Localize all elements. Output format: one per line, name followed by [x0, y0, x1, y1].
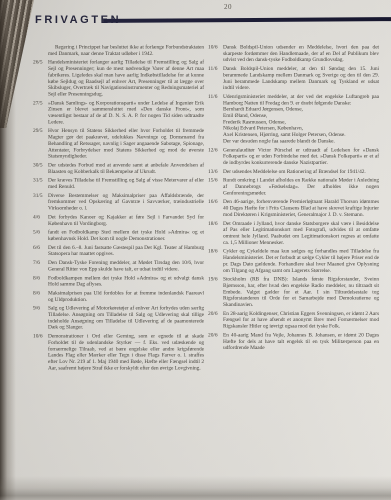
entry-date: 7/6	[33, 260, 47, 266]
entry-text: Dansk Boldspil-Union meddeler, at den ti…	[223, 66, 379, 91]
chronicle-entry: 20/6En 28-aarig Koldingenser, Christian …	[208, 310, 379, 329]
chronicle-entry: 10/6Dansk Boldspil-Union udsender en Med…	[208, 44, 379, 63]
chronicle-entry: 29/5Hvor Hensyn til Statens Sikkerhed el…	[33, 128, 204, 160]
entry-text: En 28-aarig Koldingenser, Christian Egge…	[223, 310, 379, 329]
chronicle-entry: 8/6Maksimalprisen paa Uld fordobles for …	[33, 290, 204, 303]
entry-text: Der kræves Tilladelse til Fremstilling o…	[48, 177, 204, 189]
entry-text: Der udstedes Forbud mod at anvende samt …	[48, 162, 204, 174]
chronicle-entry: 11/6Dansk Boldspil-Union meddeler, at de…	[208, 66, 379, 91]
entry-date: 10/6	[208, 44, 222, 50]
chronicle-entry: 11/6Udenrigsministeriet meddeler, at der…	[208, 93, 379, 144]
chronicle-columns: Regering i Princippet har besluttet ikke…	[33, 44, 379, 374]
entry-closing-line: Der var desuden nogle faa saarede blandt…	[223, 138, 379, 144]
entry-date: 20/6	[208, 310, 222, 316]
chronicle-entry: 16/6Den 46-aarige, forhenværende Premier…	[208, 199, 379, 218]
entry-text: Det forbydes Kanoer og Kajakker at føre …	[48, 214, 204, 226]
entry-text: Handelsministeriet forlanger aarlig Till…	[48, 59, 204, 97]
book-spine-edge	[0, 0, 16, 500]
chronicle-entry: 8/6Fodboldkampen mellem det tyske Hold »…	[33, 275, 204, 288]
entry-date: 20/6	[208, 332, 222, 338]
entry-date: 31/5	[33, 177, 47, 183]
entry-date: 15/6	[208, 177, 222, 183]
entry-date: 26/5	[33, 59, 47, 65]
chronicle-entry: 7/6Den Dansk-Tyske Forening meddeler, at…	[33, 260, 204, 273]
entry-text: Der udsendes Meddelelse om Rationering a…	[223, 168, 366, 174]
page-bottom-shadow	[0, 476, 391, 500]
entry-date: 13/6	[208, 168, 222, 174]
entry-text: Diverse Bestemmelser og Maksimalpriser p…	[48, 192, 204, 211]
entry-date: 19/6	[208, 276, 222, 282]
masthead-rule	[103, 17, 391, 22]
left-column: Regering i Princippet har besluttet ikke…	[33, 44, 204, 374]
entry-text: En 40-aarig Mand fra Vejle, Johannes B. …	[223, 332, 379, 351]
entry-text: Demonstrationer i Ord eller Gerning, som…	[48, 333, 204, 371]
continuation-paragraph: Regering i Princippet har besluttet ikke…	[33, 44, 204, 57]
entry-date: 8/6	[33, 275, 47, 281]
entry-date: 29/5	[33, 128, 47, 134]
entry-date: 9/6	[33, 305, 47, 311]
chronicle-entry: 12/6Generalauditør Victor Pürschel er ud…	[208, 147, 379, 166]
magazine-page: 20 FRIVAGTEN Regering i Princippet har b…	[0, 0, 391, 500]
entry-date: 18/6	[208, 248, 222, 254]
chronicle-entry: 20/6En 40-aarig Mand fra Vejle, Johannes…	[208, 332, 379, 351]
entry-date: 27/5	[33, 100, 47, 106]
entry-text: Den Dansk-Tyske Forening meddeler, at Mø…	[48, 260, 204, 272]
entry-text: Stockholm (RB fra DNB): Islands første R…	[223, 276, 379, 307]
entry-date: 4/6	[33, 214, 47, 220]
entry-text: Salg og Udlevering af Motorkøretøjer af …	[48, 305, 204, 330]
entry-text: fandt en Fodboldkamp Sted mellem det tys…	[48, 229, 204, 241]
chronicle-entry: 26/5Handelsministeriet forlanger aarlig …	[33, 59, 204, 97]
entry-date: 11/6	[208, 93, 222, 99]
entry-text: Hvor Hensyn til Statens Sikkerhed eller …	[48, 128, 204, 159]
entry-date: 12/6	[208, 147, 222, 153]
entry-date: 11/6	[208, 66, 222, 72]
entry-text: Den 46-aarige, forhenværende Premierløjt…	[223, 199, 379, 218]
chronicle-entry: 30/5Der udstedes Forbud mod at anvende s…	[33, 162, 204, 175]
entry-text: Rundt omkring i Landet afholdes en Række…	[223, 177, 379, 196]
entry-date: 30/5	[33, 162, 47, 168]
entry-date: 16/6	[208, 199, 222, 205]
entry-date: 6/6	[33, 244, 47, 250]
chronicle-entry: 31/5Der kræves Tilladelse til Fremstilli…	[33, 177, 204, 190]
chronicle-entry: 27/5»Dansk Samlings- og Korporationspart…	[33, 100, 204, 125]
masthead-row: FRIVAGTEN	[35, 10, 391, 26]
entry-date: 18/6	[208, 220, 222, 226]
chronicle-entry: 9/6Salg og Udlevering af Motorkøretøjer …	[33, 305, 204, 330]
chronicle-entry: 13/6Der udsendes Meddelelse om Rationeri…	[208, 168, 379, 174]
chronicle-entry: 18/6Cykler og Cykeldele maa kun sælges o…	[208, 248, 379, 273]
entry-date: 8/6	[33, 290, 47, 296]
chronicle-entry: 4/6Det forbydes Kanoer og Kajakker at fø…	[33, 214, 204, 227]
entry-date: 10/6	[33, 333, 47, 339]
entry-text: Udenrigsministeriet meddeler, at der ved…	[223, 93, 379, 105]
chronicle-entry: 6/6Det til den 6.–8. Juni fastsatte Gæst…	[33, 244, 204, 257]
entry-text: Det Omraade i Jylland, hvor danske Stats…	[223, 220, 379, 245]
entry-text: Dansk Boldspil-Union udsender en Meddele…	[223, 44, 379, 63]
entry-text: »Dansk Samlings- og Korporationsparti« u…	[48, 100, 204, 125]
chronicle-entry: 10/6Demonstrationer i Ord eller Gerning,…	[33, 333, 204, 371]
chronicle-entry: 5/6fandt en Fodboldkamp Sted mellem det …	[33, 229, 204, 242]
right-column: 10/6Dansk Boldspil-Union udsender en Med…	[208, 44, 379, 374]
entry-text: Fodboldkampen mellem det tyske Hold »Adm…	[48, 275, 204, 287]
entry-date: 5/6	[33, 229, 47, 235]
entry-text: Cykler og Cykeldele maa kun sælges og fo…	[223, 248, 379, 273]
entry-text: Det til den 6.–8. Juni fastsatte Gæstesp…	[48, 244, 204, 256]
entry-text: Generalauditør Victor Pürschel er udtraa…	[223, 147, 379, 166]
entry-date: 31/5	[33, 192, 47, 198]
entry-text: Maksimalprisen paa Uld fordobles for at …	[48, 290, 204, 302]
chronicle-entry: 19/6Stockholm (RB fra DNB): Islands førs…	[208, 276, 379, 308]
chronicle-entry: 31/5Diverse Bestemmelser og Maksimalpris…	[33, 192, 204, 211]
chronicle-entry: 18/6Det Omraade i Jylland, hvor danske S…	[208, 220, 379, 245]
chronicle-entry: 15/6Rundt omkring i Landet afholdes en R…	[208, 177, 379, 196]
